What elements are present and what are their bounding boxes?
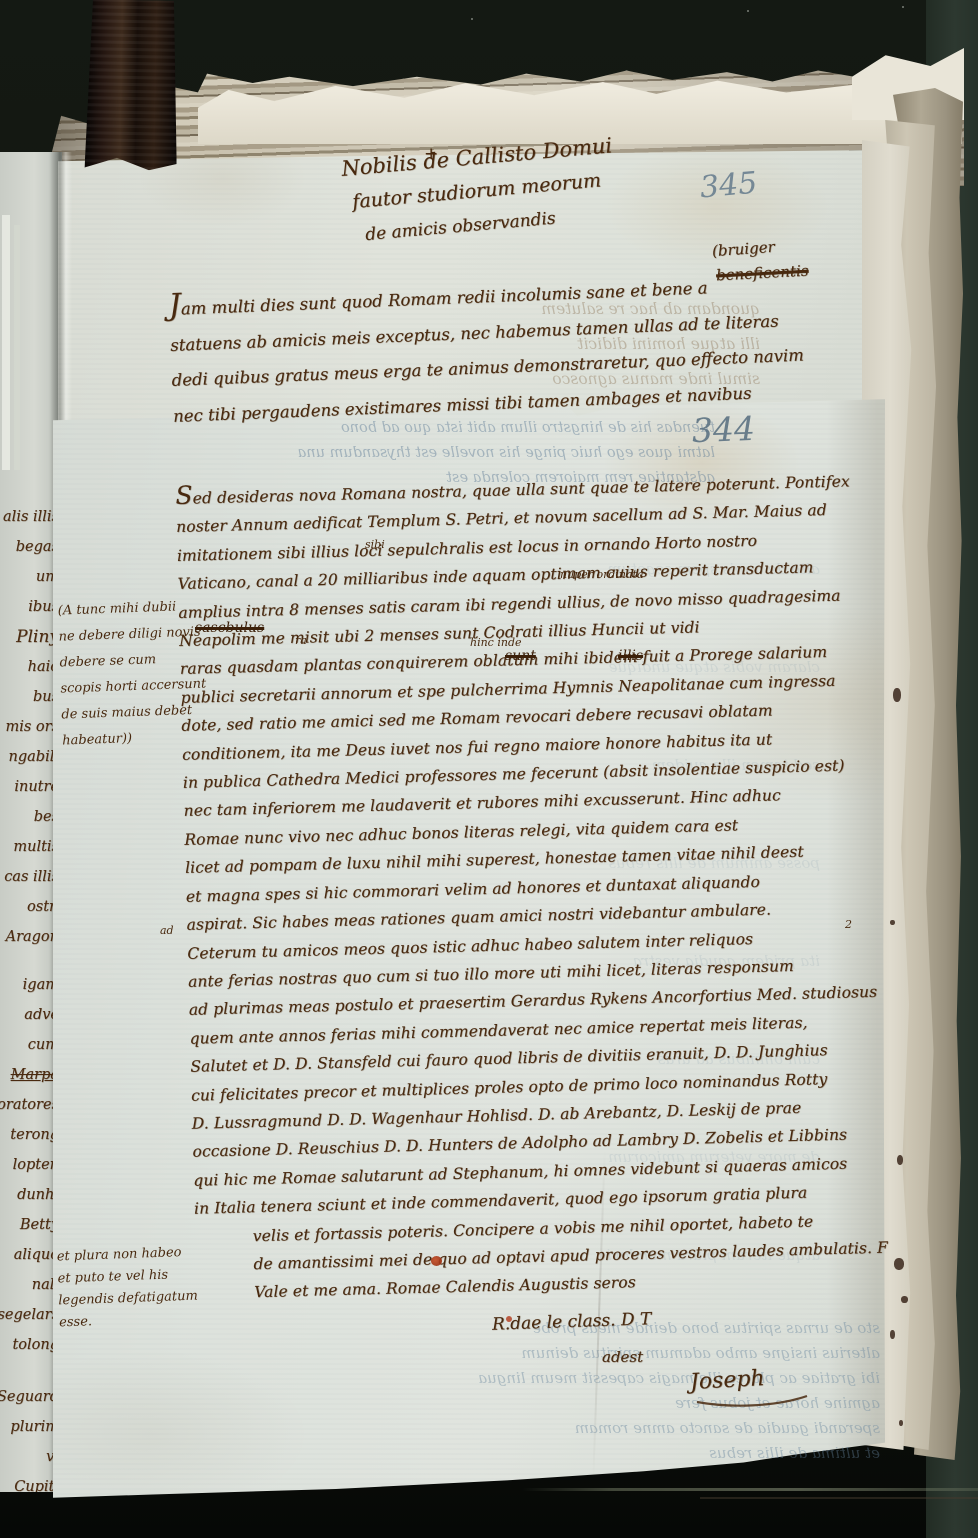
dust-speck: [902, 6, 904, 8]
show-through-line: latmi quos ego huic pinge his novelle es…: [95, 441, 715, 466]
interlinear-insertion: ad: [160, 924, 174, 937]
page-edge-sliver: [2, 215, 10, 470]
interlinear-insertion: nuper ordinata: [560, 568, 644, 581]
struck-word: sunt: [505, 648, 536, 664]
closing-adest: adest: [602, 1348, 643, 1366]
interlinear-insertion: sibi: [365, 538, 385, 551]
red-wax-dot: [431, 1256, 442, 1266]
ink-spot: [890, 920, 895, 925]
ink-spot: [894, 1258, 904, 1270]
ink-spot: [897, 1155, 903, 1165]
show-through-line: alterius insigne ambo adamum spiritus de…: [250, 1341, 880, 1366]
margin-note-line: ne debere diligi novis: [58, 619, 205, 650]
ink-spot: [899, 1420, 903, 1426]
dust-speck: [471, 18, 473, 20]
table-edge-highlight: [522, 1488, 978, 1491]
show-through-line: sperandi gaudia de sancto amne romam: [250, 1416, 880, 1441]
dust-speck: [747, 10, 749, 12]
signature-flourish: [695, 1392, 810, 1408]
ink-spot: [893, 688, 901, 702]
struck-word: illis: [618, 648, 643, 664]
signature: Joseph: [689, 1366, 765, 1395]
show-through-line: et ultima de illis rebus: [250, 1441, 880, 1466]
folio-number-345: 345: [699, 166, 759, 206]
ink-spot: [901, 1296, 908, 1303]
margin-note-bottom: et plura non habeoet puto te vel hislege…: [57, 1242, 199, 1335]
ink-spot: [890, 1330, 895, 1339]
margin-note-line: de suis maius debet: [61, 697, 208, 728]
manuscript-photo: alis illisbegasumibusPlinyhaiobusmis ors…: [0, 0, 978, 1538]
struck-word: sascbulus: [195, 620, 264, 636]
red-fleck: [506, 1316, 512, 1322]
letter-344-text-block: Sed desideras nova Romana nostra, quae u…: [175, 464, 889, 1309]
interlinear-insertion: ra: [295, 634, 307, 647]
letter-345-text-block: Jam multi dies sunt quod Romam redii inc…: [168, 263, 806, 434]
show-through-text: sto de urnas spiritus bono deinde meas p…: [250, 1316, 880, 1466]
margin-note-line: habeatur)): [62, 723, 209, 754]
margin-note-top: (A tunc mihi dubiine debere diligi novis…: [57, 594, 208, 755]
show-through-line: ibi gratiae ac plures ille magis capessi…: [250, 1366, 880, 1391]
table-edge-shadow: [700, 1497, 978, 1499]
page-edge-sliver: [14, 225, 20, 470]
folio-number-344: 344: [691, 409, 755, 450]
interlinear-insertion: 2: [845, 918, 852, 931]
binding-strap: [85, 0, 180, 171]
